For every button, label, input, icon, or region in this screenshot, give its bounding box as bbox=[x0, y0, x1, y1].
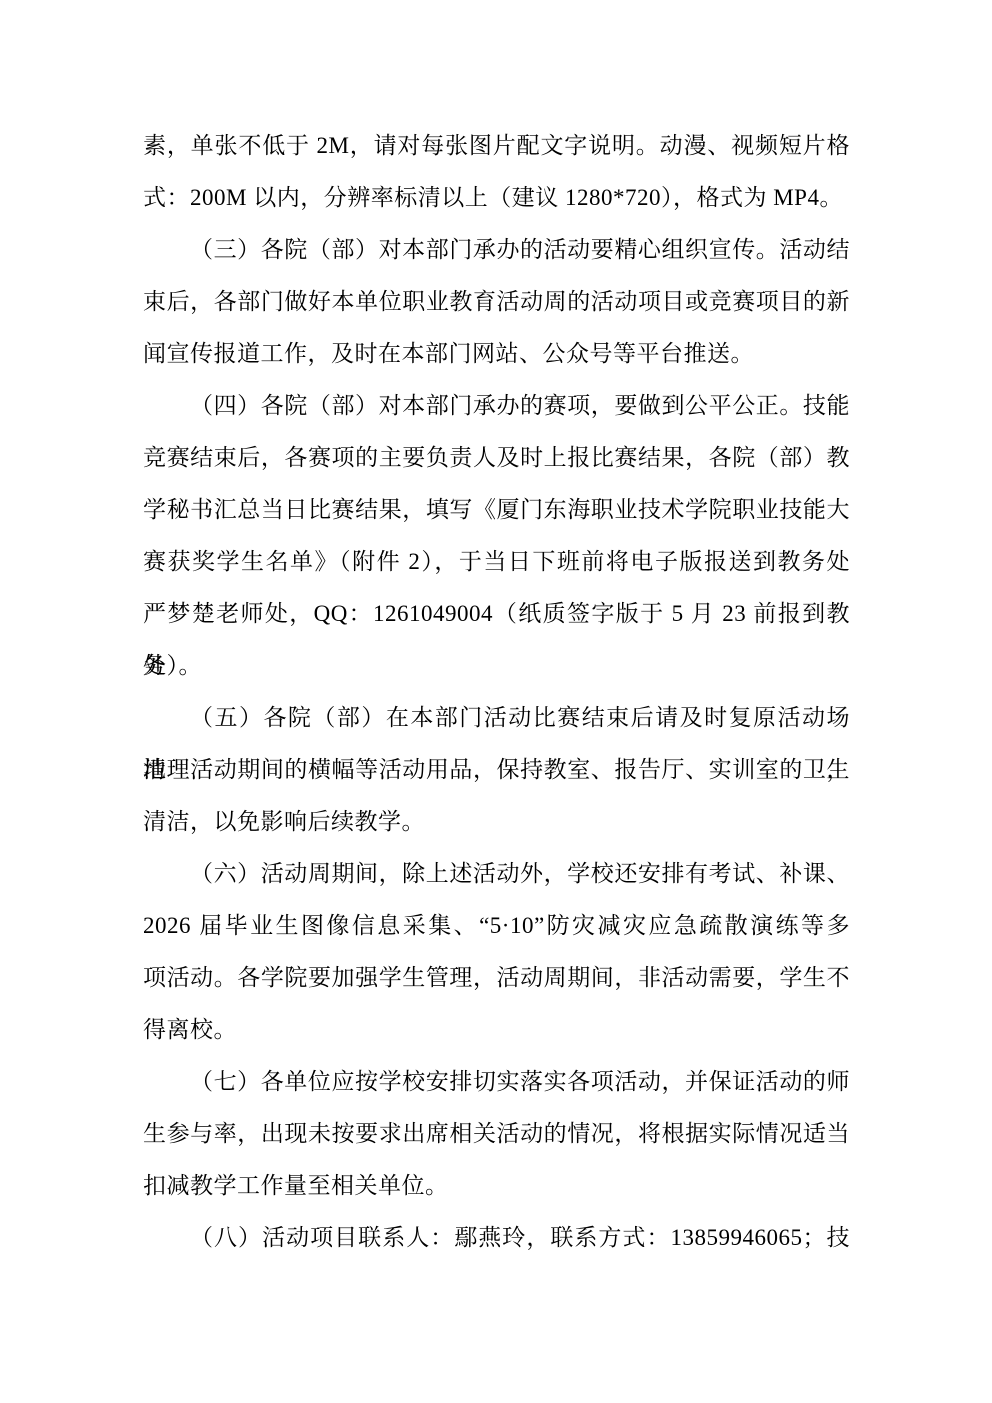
doc-line: （七）各单位应按学校安排切实落实各项活动，并保证活动的师 bbox=[143, 1056, 850, 1108]
doc-line: 项活动。各学院要加强学生管理，活动周期间，非活动需要，学生不 bbox=[143, 952, 850, 1004]
doc-line: （八）活动项目联系人：鄢燕玲，联系方式：13859946065；技 bbox=[143, 1212, 850, 1264]
doc-line: 扣减教学工作量至相关单位。 bbox=[143, 1160, 850, 1212]
doc-line: 式：200M 以内，分辨率标清以上（建议 1280*720），格式为 MP4。 bbox=[143, 172, 850, 224]
doc-line: 素，单张不低于 2M，请对每张图片配文字说明。动漫、视频短片格 bbox=[143, 120, 850, 172]
doc-line: （五）各院（部）在本部门活动比赛结束后请及时复原活动场地， bbox=[143, 692, 850, 744]
doc-line: 得离校。 bbox=[143, 1004, 850, 1056]
doc-line: （六）活动周期间，除上述活动外，学校还安排有考试、补课、 bbox=[143, 848, 850, 900]
doc-line: 清理活动期间的横幅等活动用品，保持教室、报告厅、实训室的卫生 bbox=[143, 744, 850, 796]
doc-line: 生参与率，出现未按要求出席相关活动的情况，将根据实际情况适当 bbox=[143, 1108, 850, 1160]
document-page: { "page": { "background": "#ffffff", "te… bbox=[0, 0, 992, 1403]
doc-line: 清洁，以免影响后续教学。 bbox=[143, 796, 850, 848]
doc-line: 严梦楚老师处，QQ：1261049004（纸质签字版于 5 月 23 前报到教务 bbox=[143, 588, 850, 640]
doc-line: 闻宣传报道工作，及时在本部门网站、公众号等平台推送。 bbox=[143, 328, 850, 380]
doc-line: 竞赛结束后，各赛项的主要负责人及时上报比赛结果，各院（部）教 bbox=[143, 432, 850, 484]
doc-line: 赛获奖学生名单》（附件 2），于当日下班前将电子版报送到教务处 bbox=[143, 536, 850, 588]
doc-line: 2026 届毕业生图像信息采集、“5·10”防灾减灾应急疏散演练等多 bbox=[143, 900, 850, 952]
doc-line: 处）。 bbox=[143, 640, 850, 692]
document-body: 素，单张不低于 2M，请对每张图片配文字说明。动漫、视频短片格 式：200M 以… bbox=[143, 120, 850, 1264]
doc-line: （四）各院（部）对本部门承办的赛项，要做到公平公正。技能 bbox=[143, 380, 850, 432]
doc-line: 束后，各部门做好本单位职业教育活动周的活动项目或竞赛项目的新 bbox=[143, 276, 850, 328]
doc-line: （三）各院（部）对本部门承办的活动要精心组织宣传。活动结 bbox=[143, 224, 850, 276]
doc-line: 学秘书汇总当日比赛结果，填写《厦门东海职业技术学院职业技能大 bbox=[143, 484, 850, 536]
